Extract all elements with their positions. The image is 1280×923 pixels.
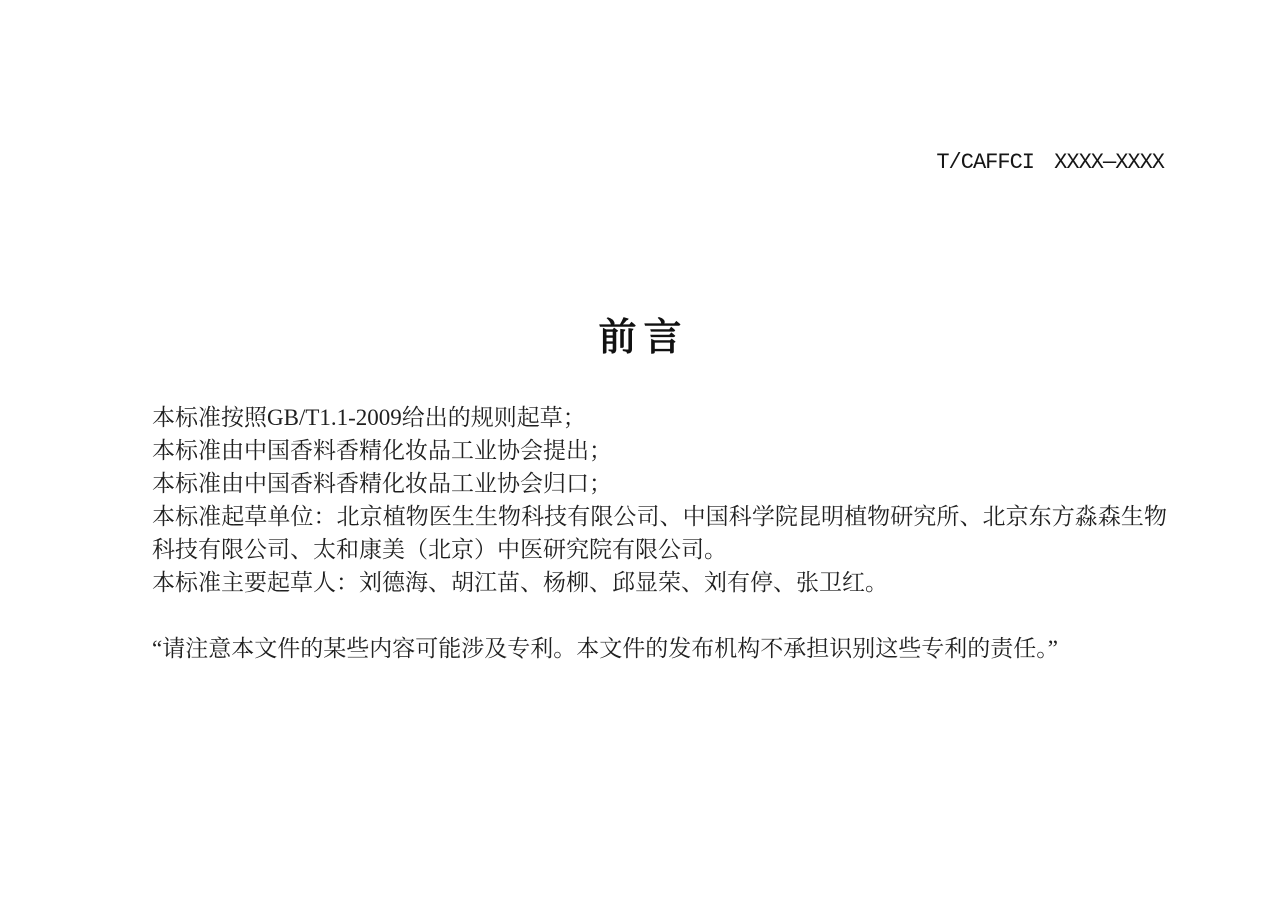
patent-notice: “请注意本文件的某些内容可能涉及专利。本文件的发布机构不承担识别这些专利的责任。… <box>152 632 1167 665</box>
page-title: 前言 <box>0 306 1280 361</box>
foreword-paragraph-main-drafters: 本标准主要起草人：刘德海、胡江苗、杨柳、邱显荣、刘有停、张卫红。 <box>152 566 1167 599</box>
foreword-paragraph-under-jurisdiction: 本标准由中国香料香精化妆品工业协会归口； <box>152 467 1167 500</box>
standard-code: T/CAFFCI XXXX—XXXX <box>936 150 1164 175</box>
foreword-body: 本标准按照GB/T1.1-2009给出的规则起草； 本标准由中国香料香精化妆品工… <box>152 401 1167 665</box>
foreword-paragraph-drafting-organizations: 本标准起草单位：北京植物医生生物科技有限公司、中国科学院昆明植物研究所、北京东方… <box>152 500 1167 566</box>
foreword-paragraph-proposed-by: 本标准由中国香料香精化妆品工业协会提出； <box>152 434 1167 467</box>
document-page: T/CAFFCI XXXX—XXXX 前言 本标准按照GB/T1.1-2009给… <box>0 0 1280 923</box>
foreword-paragraph-drafting-rules: 本标准按照GB/T1.1-2009给出的规则起草； <box>152 401 1167 434</box>
